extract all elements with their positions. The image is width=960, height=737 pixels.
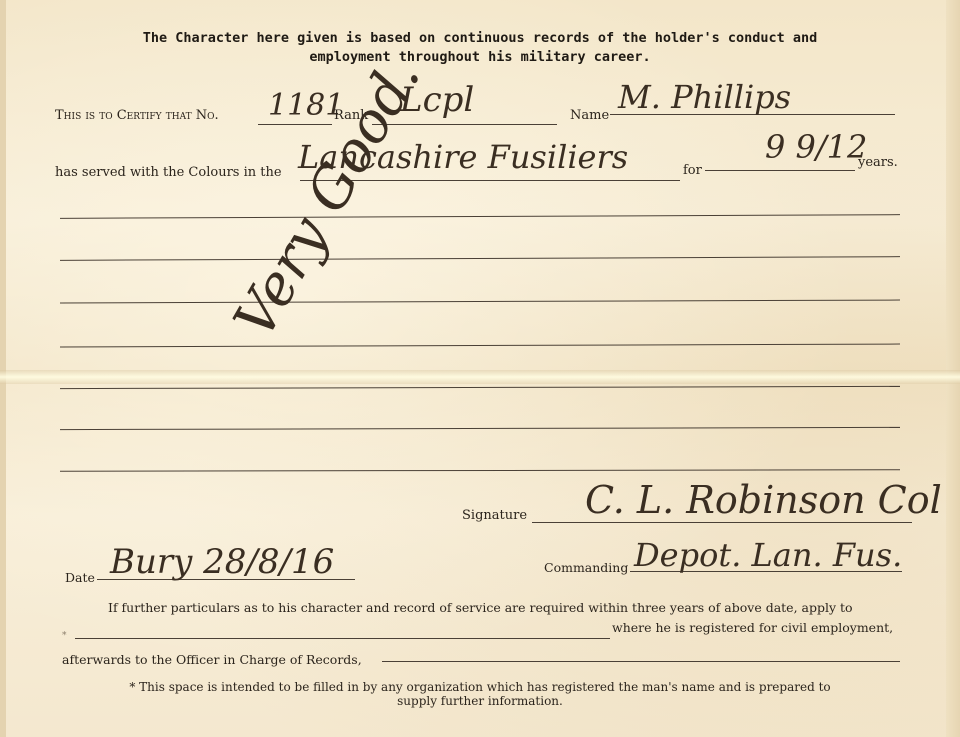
date-value: Bury 28/8/16 (110, 542, 334, 582)
particulars-line-2: where he is registered for civil employm… (612, 620, 893, 636)
number-field-rule (258, 124, 332, 125)
for-label: for (683, 163, 702, 179)
organization-field-rule (75, 638, 610, 639)
records-field-rule (382, 661, 900, 662)
name-label: Name (570, 108, 609, 124)
soldier-name: M. Phillips (618, 78, 791, 116)
service-prefix: has served with the Colours in the (55, 165, 282, 181)
years-served: 9 9/12 (765, 128, 867, 166)
particulars-asterisk: * (62, 628, 67, 644)
officer-signature: C. L. Robinson Col (585, 478, 942, 522)
particulars-line-3: afterwards to the Officer in Charge of R… (62, 652, 362, 668)
date-label: Date (65, 570, 95, 586)
header-line-2: employment throughout his military caree… (0, 49, 960, 65)
commanding-label: Commanding (544, 560, 628, 576)
certify-prefix: This is to Certify that No. (55, 108, 219, 124)
paper-left-edge (0, 0, 6, 737)
commanding-unit: Depot. Lan. Fus. (634, 536, 902, 574)
paper-fold (0, 370, 960, 384)
particulars-line-1: If further particulars as to his charact… (108, 600, 853, 616)
footnote-line-1: * This space is intended to be filled in… (0, 680, 960, 694)
years-field-rule (705, 170, 855, 171)
service-number: 1181 (268, 88, 344, 123)
signature-field-rule (532, 522, 912, 523)
header-line-1: The Character here given is based on con… (0, 30, 960, 46)
signature-label: Signature (462, 508, 527, 524)
paper-right-edge (946, 0, 960, 737)
years-label: years. (858, 155, 898, 171)
footnote-line-2: supply further information. (0, 694, 960, 708)
